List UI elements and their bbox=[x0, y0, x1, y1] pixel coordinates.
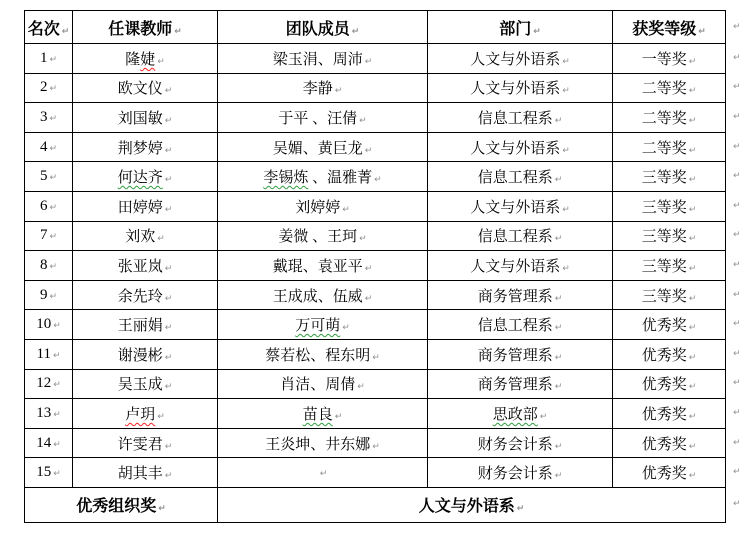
rank-cell[interactable]: 9↵ bbox=[25, 280, 73, 310]
award: 二等奖 bbox=[642, 111, 687, 127]
rank-cell[interactable]: 2↵ bbox=[25, 73, 73, 103]
paragraph-mark-icon: ↵ bbox=[157, 234, 165, 244]
organization-award-cell[interactable]: 优秀组织奖↵ bbox=[25, 487, 218, 522]
rank: 10 bbox=[36, 316, 51, 332]
paragraph-mark-icon: ↵ bbox=[555, 116, 563, 126]
members-misspelled: 苗良 bbox=[303, 407, 333, 423]
teacher-cell[interactable]: 田婷婷↵ bbox=[73, 191, 218, 221]
teacher-cell[interactable]: 张亚岚↵ bbox=[73, 251, 218, 281]
award-cell[interactable]: 优秀奖↵ bbox=[613, 369, 726, 399]
paragraph-mark-icon: ↵ bbox=[733, 53, 741, 63]
award-cell[interactable]: 优秀奖↵ bbox=[613, 399, 726, 429]
paragraph-mark-icon: ↵ bbox=[174, 27, 182, 37]
members: 王炎坤、井东娜 bbox=[265, 437, 370, 453]
paragraph-mark-icon: ↵ bbox=[320, 469, 328, 479]
award-cell[interactable]: 三等奖↵ bbox=[613, 221, 726, 251]
members-cell[interactable]: 吴媚、黄巨龙↵ bbox=[218, 132, 428, 162]
paragraph-mark-icon: ↵ bbox=[733, 408, 741, 418]
award-cell[interactable]: 三等奖↵ bbox=[613, 251, 726, 281]
rank: 1 bbox=[40, 50, 48, 66]
paragraph-mark-icon: ↵ bbox=[517, 504, 525, 514]
paragraph-mark-icon: ↵ bbox=[165, 353, 173, 363]
teacher-cell[interactable]: 欧文仪↵ bbox=[73, 73, 218, 103]
teacher-cell[interactable]: 隆婕↵ bbox=[73, 44, 218, 74]
department-cell[interactable]: 人文与外语系↵ bbox=[428, 44, 613, 74]
paragraph-mark-icon: ↵ bbox=[165, 294, 173, 304]
column-header-award[interactable]: 获奖等级↵ bbox=[613, 11, 726, 44]
column-header-members[interactable]: 团队成员↵ bbox=[218, 11, 428, 44]
award-cell[interactable]: 三等奖↵ bbox=[613, 191, 726, 221]
teacher-misspelled: 卢玥 bbox=[125, 407, 155, 423]
rank-cell[interactable]: 7↵ bbox=[25, 221, 73, 251]
paragraph-mark-icon: ↵ bbox=[53, 469, 61, 479]
paragraph-mark-icon: ↵ bbox=[689, 442, 697, 452]
award-cell[interactable]: 三等奖↵ bbox=[613, 280, 726, 310]
rank: 3 bbox=[40, 109, 48, 125]
header-label: 团队成员 bbox=[286, 21, 350, 38]
award: 三等奖 bbox=[642, 200, 687, 216]
paragraph-mark-icon: ↵ bbox=[53, 321, 61, 331]
paragraph-mark-icon: ↵ bbox=[689, 382, 697, 392]
members: 吴媚、黄巨龙 bbox=[273, 141, 363, 157]
header-label: 名次 bbox=[28, 21, 60, 38]
paragraph-mark-icon: ↵ bbox=[53, 440, 61, 450]
teacher-cell[interactable]: 荆梦婷↵ bbox=[73, 132, 218, 162]
teacher: 刘欢 bbox=[125, 229, 155, 245]
table-row: 12↵ 吴玉成↵ 肖洁、周倩↵ 商务管理系↵ 优秀奖↵ bbox=[25, 369, 726, 399]
paragraph-mark-icon: ↵ bbox=[53, 351, 61, 361]
paragraph-mark-icon: ↵ bbox=[733, 201, 741, 211]
paragraph-mark-icon: ↵ bbox=[165, 205, 173, 215]
paragraph-mark-icon: ↵ bbox=[359, 116, 367, 126]
department: 人文与外语系 bbox=[470, 200, 560, 216]
teacher: 许雯君 bbox=[118, 437, 163, 453]
department-cell[interactable]: 商务管理系↵ bbox=[428, 369, 613, 399]
organization-award-winner-cell[interactable]: 人文与外语系↵ bbox=[218, 487, 726, 522]
paragraph-mark-icon: ↵ bbox=[689, 175, 697, 185]
paragraph-mark-icon: ↵ bbox=[352, 27, 360, 37]
members-cell[interactable]: 李静↵ bbox=[218, 73, 428, 103]
paragraph-mark-icon: ↵ bbox=[733, 349, 741, 359]
paragraph-mark-icon: ↵ bbox=[49, 262, 57, 272]
teacher: 荆梦婷 bbox=[118, 141, 163, 157]
table-row: 2↵ 欧文仪↵ 李静↵ 人文与外语系↵ 二等奖↵ bbox=[25, 73, 726, 103]
paragraph-mark-icon: ↵ bbox=[165, 382, 173, 392]
table-row: 5↵ 何达齐↵ 李锡炼 、温雅菁↵ 信息工程系↵ 三等奖↵ bbox=[25, 162, 726, 192]
department-cell[interactable]: 财务会计系↵ bbox=[428, 458, 613, 488]
organization-award-winner: 人文与外语系 bbox=[419, 498, 515, 515]
award: 一等奖 bbox=[642, 52, 687, 68]
award: 三等奖 bbox=[642, 170, 687, 186]
paragraph-mark-icon: ↵ bbox=[335, 412, 343, 422]
paragraph-mark-icon: ↵ bbox=[733, 319, 741, 329]
department: 信息工程系 bbox=[478, 229, 553, 245]
members: 李静 bbox=[303, 81, 333, 97]
paragraph-mark-icon: ↵ bbox=[555, 442, 563, 452]
teacher-cell[interactable]: 胡其丰↵ bbox=[73, 458, 218, 488]
table-row: 3↵ 刘国敏↵ 于平 、汪倩↵ 信息工程系↵ 二等奖↵ bbox=[25, 103, 726, 133]
row-end-mark: ↵ bbox=[731, 132, 745, 162]
row-end-marks: ↵ ↵ ↵ ↵ ↵ ↵ ↵ ↵ ↵ ↵ ↵ ↵ ↵ ↵ ↵ ↵ ↵ bbox=[731, 10, 745, 522]
paragraph-mark-icon: ↵ bbox=[555, 471, 563, 481]
paragraph-mark-icon: ↵ bbox=[555, 294, 563, 304]
rank: 13 bbox=[36, 405, 51, 421]
teacher-cell[interactable]: 许雯君↵ bbox=[73, 428, 218, 458]
members: 王成成、伍威 bbox=[273, 289, 363, 305]
department: 人文与外语系 bbox=[470, 259, 560, 275]
teacher-misspelled: 何达齐 bbox=[118, 170, 163, 186]
paragraph-mark-icon: ↵ bbox=[689, 146, 697, 156]
paragraph-mark-icon: ↵ bbox=[733, 290, 741, 300]
table-row: 13↵ 卢玥↵ 苗良↵ 思政部↵ 优秀奖↵ bbox=[25, 399, 726, 429]
paragraph-mark-icon: ↵ bbox=[689, 353, 697, 363]
paragraph-mark-icon: ↵ bbox=[62, 27, 70, 37]
award-cell[interactable]: 二等奖↵ bbox=[613, 132, 726, 162]
paragraph-mark-icon: ↵ bbox=[689, 471, 697, 481]
paragraph-mark-icon: ↵ bbox=[733, 499, 741, 509]
paragraph-mark-icon: ↵ bbox=[733, 260, 741, 270]
members-cell[interactable]: 戴琨、袁亚平↵ bbox=[218, 251, 428, 281]
rank-cell[interactable]: 15↵ bbox=[25, 458, 73, 488]
paragraph-mark-icon: ↵ bbox=[733, 467, 741, 477]
paragraph-mark-icon: ↵ bbox=[733, 82, 741, 92]
members-misspelled: 万可萌 bbox=[295, 318, 340, 334]
header-label: 任课教师 bbox=[108, 21, 172, 38]
paragraph-mark-icon: ↵ bbox=[157, 412, 165, 422]
paragraph-mark-icon: ↵ bbox=[733, 142, 741, 152]
members-cell[interactable]: 梁玉涓、周沛↵ bbox=[218, 44, 428, 74]
column-header-department[interactable]: 部门↵ bbox=[428, 11, 613, 44]
paragraph-mark-icon: ↵ bbox=[157, 57, 165, 67]
table-row: 8↵ 张亚岚↵ 戴琨、袁亚平↵ 人文与外语系↵ 三等奖↵ bbox=[25, 251, 726, 281]
award: 优秀奖 bbox=[642, 377, 687, 393]
paragraph-mark-icon: ↵ bbox=[365, 294, 373, 304]
department: 商务管理系 bbox=[478, 289, 553, 305]
paragraph-mark-icon: ↵ bbox=[689, 294, 697, 304]
rank-cell[interactable]: 8↵ bbox=[25, 251, 73, 281]
department-cell[interactable]: 人文与外语系↵ bbox=[428, 251, 613, 281]
paragraph-mark-icon: ↵ bbox=[372, 353, 380, 363]
members: 肖洁、周倩 bbox=[280, 377, 355, 393]
paragraph-mark-icon: ↵ bbox=[165, 471, 173, 481]
row-end-mark: ↵ bbox=[731, 10, 745, 43]
rank: 2 bbox=[40, 79, 48, 95]
paragraph-mark-icon: ↵ bbox=[698, 27, 706, 37]
teacher-misspelled: 婕 bbox=[140, 52, 155, 68]
paragraph-mark-icon: ↵ bbox=[372, 442, 380, 452]
row-end-mark: ↵ bbox=[731, 280, 745, 310]
row-end-mark: ↵ bbox=[731, 102, 745, 132]
paragraph-mark-icon: ↵ bbox=[733, 171, 741, 181]
paragraph-mark-icon: ↵ bbox=[165, 442, 173, 452]
awards-table: 名次↵ 任课教师↵ 团队成员↵ 部门↵ 获奖等级↵ 1↵ 隆婕↵ 梁玉涓、周沛↵… bbox=[24, 10, 726, 523]
teacher-cell[interactable]: 刘欢↵ bbox=[73, 221, 218, 251]
department: 信息工程系 bbox=[478, 318, 553, 334]
row-end-mark: ↵ bbox=[731, 457, 745, 487]
rank-cell[interactable]: 5↵ bbox=[25, 162, 73, 192]
department-cell[interactable]: 人文与外语系↵ bbox=[428, 132, 613, 162]
paragraph-mark-icon: ↵ bbox=[374, 175, 382, 185]
paragraph-mark-icon: ↵ bbox=[689, 264, 697, 274]
award: 二等奖 bbox=[642, 81, 687, 97]
members: 姜微 、王珂 bbox=[278, 229, 357, 245]
teacher: 谢漫彬 bbox=[118, 348, 163, 364]
header-label: 部门 bbox=[499, 21, 531, 38]
members-cell[interactable]: 姜微 、王珂↵ bbox=[218, 221, 428, 251]
members-cell[interactable]: 王成成、伍威↵ bbox=[218, 280, 428, 310]
paragraph-mark-icon: ↵ bbox=[49, 55, 57, 65]
paragraph-mark-icon: ↵ bbox=[689, 234, 697, 244]
paragraph-mark-icon: ↵ bbox=[49, 114, 57, 124]
rank: 12 bbox=[36, 375, 51, 391]
table-row: 1↵ 隆婕↵ 梁玉涓、周沛↵ 人文与外语系↵ 一等奖↵ bbox=[25, 44, 726, 74]
paragraph-mark-icon: ↵ bbox=[342, 323, 350, 333]
paragraph-mark-icon: ↵ bbox=[562, 146, 570, 156]
members-cell[interactable]: 李锡炼 、温雅菁↵ bbox=[218, 162, 428, 192]
page: { "glyphs": { "pilcrow": "↵" }, "colors"… bbox=[0, 0, 747, 534]
teacher-cell[interactable]: 余先玲↵ bbox=[73, 280, 218, 310]
row-end-mark: ↵ bbox=[731, 309, 745, 339]
paragraph-mark-icon: ↵ bbox=[555, 323, 563, 333]
rank-cell[interactable]: 10↵ bbox=[25, 310, 73, 340]
department-cell[interactable]: 思政部↵ bbox=[428, 399, 613, 429]
table-row: 7↵ 刘欢↵ 姜微 、王珂↵ 信息工程系↵ 三等奖↵ bbox=[25, 221, 726, 251]
members-cell[interactable]: 刘婷婷↵ bbox=[218, 191, 428, 221]
teacher: 王丽娟 bbox=[118, 318, 163, 334]
members-cell[interactable]: 王炎坤、井东娜↵ bbox=[218, 428, 428, 458]
teacher: 张亚岚 bbox=[118, 259, 163, 275]
paragraph-mark-icon: ↵ bbox=[49, 144, 57, 154]
department-cell[interactable]: 人文与外语系↵ bbox=[428, 73, 613, 103]
award: 三等奖 bbox=[642, 289, 687, 305]
award: 优秀奖 bbox=[642, 437, 687, 453]
rank-cell[interactable]: 3↵ bbox=[25, 103, 73, 133]
paragraph-mark-icon: ↵ bbox=[165, 146, 173, 156]
paragraph-mark-icon: ↵ bbox=[562, 264, 570, 274]
paragraph-mark-icon: ↵ bbox=[53, 380, 61, 390]
department-cell[interactable]: 商务管理系↵ bbox=[428, 280, 613, 310]
award-cell[interactable]: 二等奖↵ bbox=[613, 103, 726, 133]
rank: 4 bbox=[40, 139, 48, 155]
members-cell[interactable]: 万可萌↵ bbox=[218, 310, 428, 340]
organization-award-label: 优秀组织奖 bbox=[76, 498, 156, 515]
award-cell[interactable]: 优秀奖↵ bbox=[613, 339, 726, 369]
award-cell[interactable]: 一等奖↵ bbox=[613, 44, 726, 74]
table-row: 15↵ 胡其丰↵ ↵ 财务会计系↵ 优秀奖↵ bbox=[25, 458, 726, 488]
paragraph-mark-icon: ↵ bbox=[689, 116, 697, 126]
department: 商务管理系 bbox=[478, 377, 553, 393]
paragraph-mark-icon: ↵ bbox=[359, 234, 367, 244]
rank: 11 bbox=[37, 346, 51, 362]
paragraph-mark-icon: ↵ bbox=[165, 116, 173, 126]
rank-cell[interactable]: 4↵ bbox=[25, 132, 73, 162]
paragraph-mark-icon: ↵ bbox=[733, 378, 741, 388]
rank: 8 bbox=[40, 257, 48, 273]
column-header-rank[interactable]: 名次↵ bbox=[25, 11, 73, 44]
paragraph-mark-icon: ↵ bbox=[365, 264, 373, 274]
paragraph-mark-icon: ↵ bbox=[562, 86, 570, 96]
members-cell[interactable]: ↵ bbox=[218, 458, 428, 488]
teacher-cell[interactable]: 谢漫彬↵ bbox=[73, 339, 218, 369]
row-end-mark: ↵ bbox=[731, 487, 745, 522]
paragraph-mark-icon: ↵ bbox=[689, 86, 697, 96]
paragraph-mark-icon: ↵ bbox=[733, 112, 741, 122]
paragraph-mark-icon: ↵ bbox=[365, 146, 373, 156]
paragraph-mark-icon: ↵ bbox=[555, 382, 563, 392]
department-cell[interactable]: 财务会计系↵ bbox=[428, 428, 613, 458]
row-end-mark: ↵ bbox=[731, 221, 745, 251]
award: 优秀奖 bbox=[642, 407, 687, 423]
rank: 14 bbox=[36, 435, 51, 451]
paragraph-mark-icon: ↵ bbox=[49, 292, 57, 302]
members: 、温雅菁 bbox=[308, 170, 372, 186]
paragraph-mark-icon: ↵ bbox=[158, 504, 166, 514]
rank: 9 bbox=[40, 287, 48, 303]
paragraph-mark-icon: ↵ bbox=[555, 353, 563, 363]
rank-cell[interactable]: 13↵ bbox=[25, 399, 73, 429]
department-cell[interactable]: 人文与外语系↵ bbox=[428, 191, 613, 221]
award-cell[interactable]: 二等奖↵ bbox=[613, 73, 726, 103]
members-cell[interactable]: 蔡若松、程东明↵ bbox=[218, 339, 428, 369]
paragraph-mark-icon: ↵ bbox=[165, 175, 173, 185]
row-end-mark: ↵ bbox=[731, 161, 745, 191]
row-end-mark: ↵ bbox=[731, 191, 745, 221]
department-misspelled: 思政部 bbox=[493, 407, 538, 423]
teacher: 田婷婷 bbox=[118, 200, 163, 216]
table-row: 4↵ 荆梦婷↵ 吴媚、黄巨龙↵ 人文与外语系↵ 二等奖↵ bbox=[25, 132, 726, 162]
members-cell[interactable]: 苗良↵ bbox=[218, 399, 428, 429]
rank-cell[interactable]: 1↵ bbox=[25, 44, 73, 74]
paragraph-mark-icon: ↵ bbox=[165, 264, 173, 274]
paragraph-mark-icon: ↵ bbox=[357, 382, 365, 392]
teacher: 隆 bbox=[125, 52, 140, 68]
rank: 5 bbox=[40, 168, 48, 184]
paragraph-mark-icon: ↵ bbox=[733, 438, 741, 448]
paragraph-mark-icon: ↵ bbox=[165, 323, 173, 333]
award: 优秀奖 bbox=[642, 348, 687, 364]
department: 人文与外语系 bbox=[470, 52, 560, 68]
teacher: 胡其丰 bbox=[118, 466, 163, 482]
paragraph-mark-icon: ↵ bbox=[555, 175, 563, 185]
paragraph-mark-icon: ↵ bbox=[689, 205, 697, 215]
paragraph-mark-icon: ↵ bbox=[689, 57, 697, 67]
members-cell[interactable]: 于平 、汪倩↵ bbox=[218, 103, 428, 133]
rank-cell[interactable]: 14↵ bbox=[25, 428, 73, 458]
header-label: 获奖等级 bbox=[632, 21, 696, 38]
paragraph-mark-icon: ↵ bbox=[733, 22, 741, 32]
paragraph-mark-icon: ↵ bbox=[533, 27, 541, 37]
table-row: 11↵ 谢漫彬↵ 蔡若松、程东明↵ 商务管理系↵ 优秀奖↵ bbox=[25, 339, 726, 369]
paragraph-mark-icon: ↵ bbox=[562, 205, 570, 215]
department: 商务管理系 bbox=[478, 348, 553, 364]
table-row: 14↵ 许雯君↵ 王炎坤、井东娜↵ 财务会计系↵ 优秀奖↵ bbox=[25, 428, 726, 458]
award: 二等奖 bbox=[642, 141, 687, 157]
paragraph-mark-icon: ↵ bbox=[555, 234, 563, 244]
paragraph-mark-icon: ↵ bbox=[49, 232, 57, 242]
rank: 15 bbox=[36, 464, 51, 480]
teacher: 欧文仪 bbox=[118, 81, 163, 97]
row-end-mark: ↵ bbox=[731, 369, 745, 399]
paragraph-mark-icon: ↵ bbox=[335, 86, 343, 96]
column-header-teacher[interactable]: 任课教师↵ bbox=[73, 11, 218, 44]
department-cell[interactable]: 信息工程系↵ bbox=[428, 162, 613, 192]
award-cell[interactable]: 优秀奖↵ bbox=[613, 458, 726, 488]
department: 财务会计系 bbox=[478, 466, 553, 482]
paragraph-mark-icon: ↵ bbox=[365, 57, 373, 67]
paragraph-mark-icon: ↵ bbox=[689, 323, 697, 333]
teacher: 刘国敏 bbox=[118, 111, 163, 127]
members-misspelled: 李锡炼 bbox=[263, 170, 308, 186]
teacher-cell[interactable]: 王丽娟↵ bbox=[73, 310, 218, 340]
row-end-mark: ↵ bbox=[731, 250, 745, 280]
teacher: 余先玲 bbox=[118, 289, 163, 305]
paragraph-mark-icon: ↵ bbox=[53, 410, 61, 420]
table-row: 9↵ 余先玲↵ 王成成、伍威↵ 商务管理系↵ 三等奖↵ bbox=[25, 280, 726, 310]
paragraph-mark-icon: ↵ bbox=[562, 57, 570, 67]
teacher-cell[interactable]: 吴玉成↵ bbox=[73, 369, 218, 399]
footer-row: 优秀组织奖↵ 人文与外语系↵ bbox=[25, 487, 726, 522]
teacher: 吴玉成 bbox=[118, 377, 163, 393]
row-end-mark: ↵ bbox=[731, 43, 745, 73]
rank-cell[interactable]: 12↵ bbox=[25, 369, 73, 399]
members: 蔡若松、程东明 bbox=[265, 348, 370, 364]
row-end-mark: ↵ bbox=[731, 428, 745, 458]
rank-cell[interactable]: 11↵ bbox=[25, 339, 73, 369]
members-cell[interactable]: 肖洁、周倩↵ bbox=[218, 369, 428, 399]
department: 财务会计系 bbox=[478, 437, 553, 453]
paragraph-mark-icon: ↵ bbox=[49, 203, 57, 213]
teacher-cell[interactable]: 何达齐↵ bbox=[73, 162, 218, 192]
header-row: 名次↵ 任课教师↵ 团队成员↵ 部门↵ 获奖等级↵ bbox=[25, 11, 726, 44]
row-end-mark: ↵ bbox=[731, 398, 745, 428]
department: 人文与外语系 bbox=[470, 81, 560, 97]
award: 优秀奖 bbox=[642, 466, 687, 482]
members: 梁玉涓、周沛 bbox=[273, 52, 363, 68]
paragraph-mark-icon: ↵ bbox=[342, 205, 350, 215]
teacher-cell[interactable]: 刘国敏↵ bbox=[73, 103, 218, 133]
department-cell[interactable]: 商务管理系↵ bbox=[428, 339, 613, 369]
members: 戴琨、袁亚平 bbox=[273, 259, 363, 275]
rank: 7 bbox=[40, 227, 48, 243]
department-cell[interactable]: 信息工程系↵ bbox=[428, 310, 613, 340]
rank-cell[interactable]: 6↵ bbox=[25, 191, 73, 221]
paragraph-mark-icon: ↵ bbox=[49, 84, 57, 94]
department: 人文与外语系 bbox=[470, 141, 560, 157]
table-row: 6↵ 田婷婷↵ 刘婷婷↵ 人文与外语系↵ 三等奖↵ bbox=[25, 191, 726, 221]
row-end-mark: ↵ bbox=[731, 339, 745, 369]
award: 三等奖 bbox=[642, 259, 687, 275]
award: 优秀奖 bbox=[642, 318, 687, 334]
paragraph-mark-icon: ↵ bbox=[689, 412, 697, 422]
award: 三等奖 bbox=[642, 229, 687, 245]
award-cell[interactable]: 优秀奖↵ bbox=[613, 428, 726, 458]
paragraph-mark-icon: ↵ bbox=[165, 86, 173, 96]
paragraph-mark-icon: ↵ bbox=[49, 173, 57, 183]
members: 于平 、汪倩 bbox=[278, 111, 357, 127]
department-cell[interactable]: 信息工程系↵ bbox=[428, 221, 613, 251]
department: 信息工程系 bbox=[478, 111, 553, 127]
department-cell[interactable]: 信息工程系↵ bbox=[428, 103, 613, 133]
award-cell[interactable]: 优秀奖↵ bbox=[613, 310, 726, 340]
paragraph-mark-icon: ↵ bbox=[540, 412, 548, 422]
members: 刘婷婷 bbox=[295, 200, 340, 216]
table-row: 10↵ 王丽娟↵ 万可萌↵ 信息工程系↵ 优秀奖↵ bbox=[25, 310, 726, 340]
rank: 6 bbox=[40, 198, 48, 214]
paragraph-mark-icon: ↵ bbox=[733, 230, 741, 240]
department: 信息工程系 bbox=[478, 170, 553, 186]
teacher-cell[interactable]: 卢玥↵ bbox=[73, 399, 218, 429]
award-cell[interactable]: 三等奖↵ bbox=[613, 162, 726, 192]
